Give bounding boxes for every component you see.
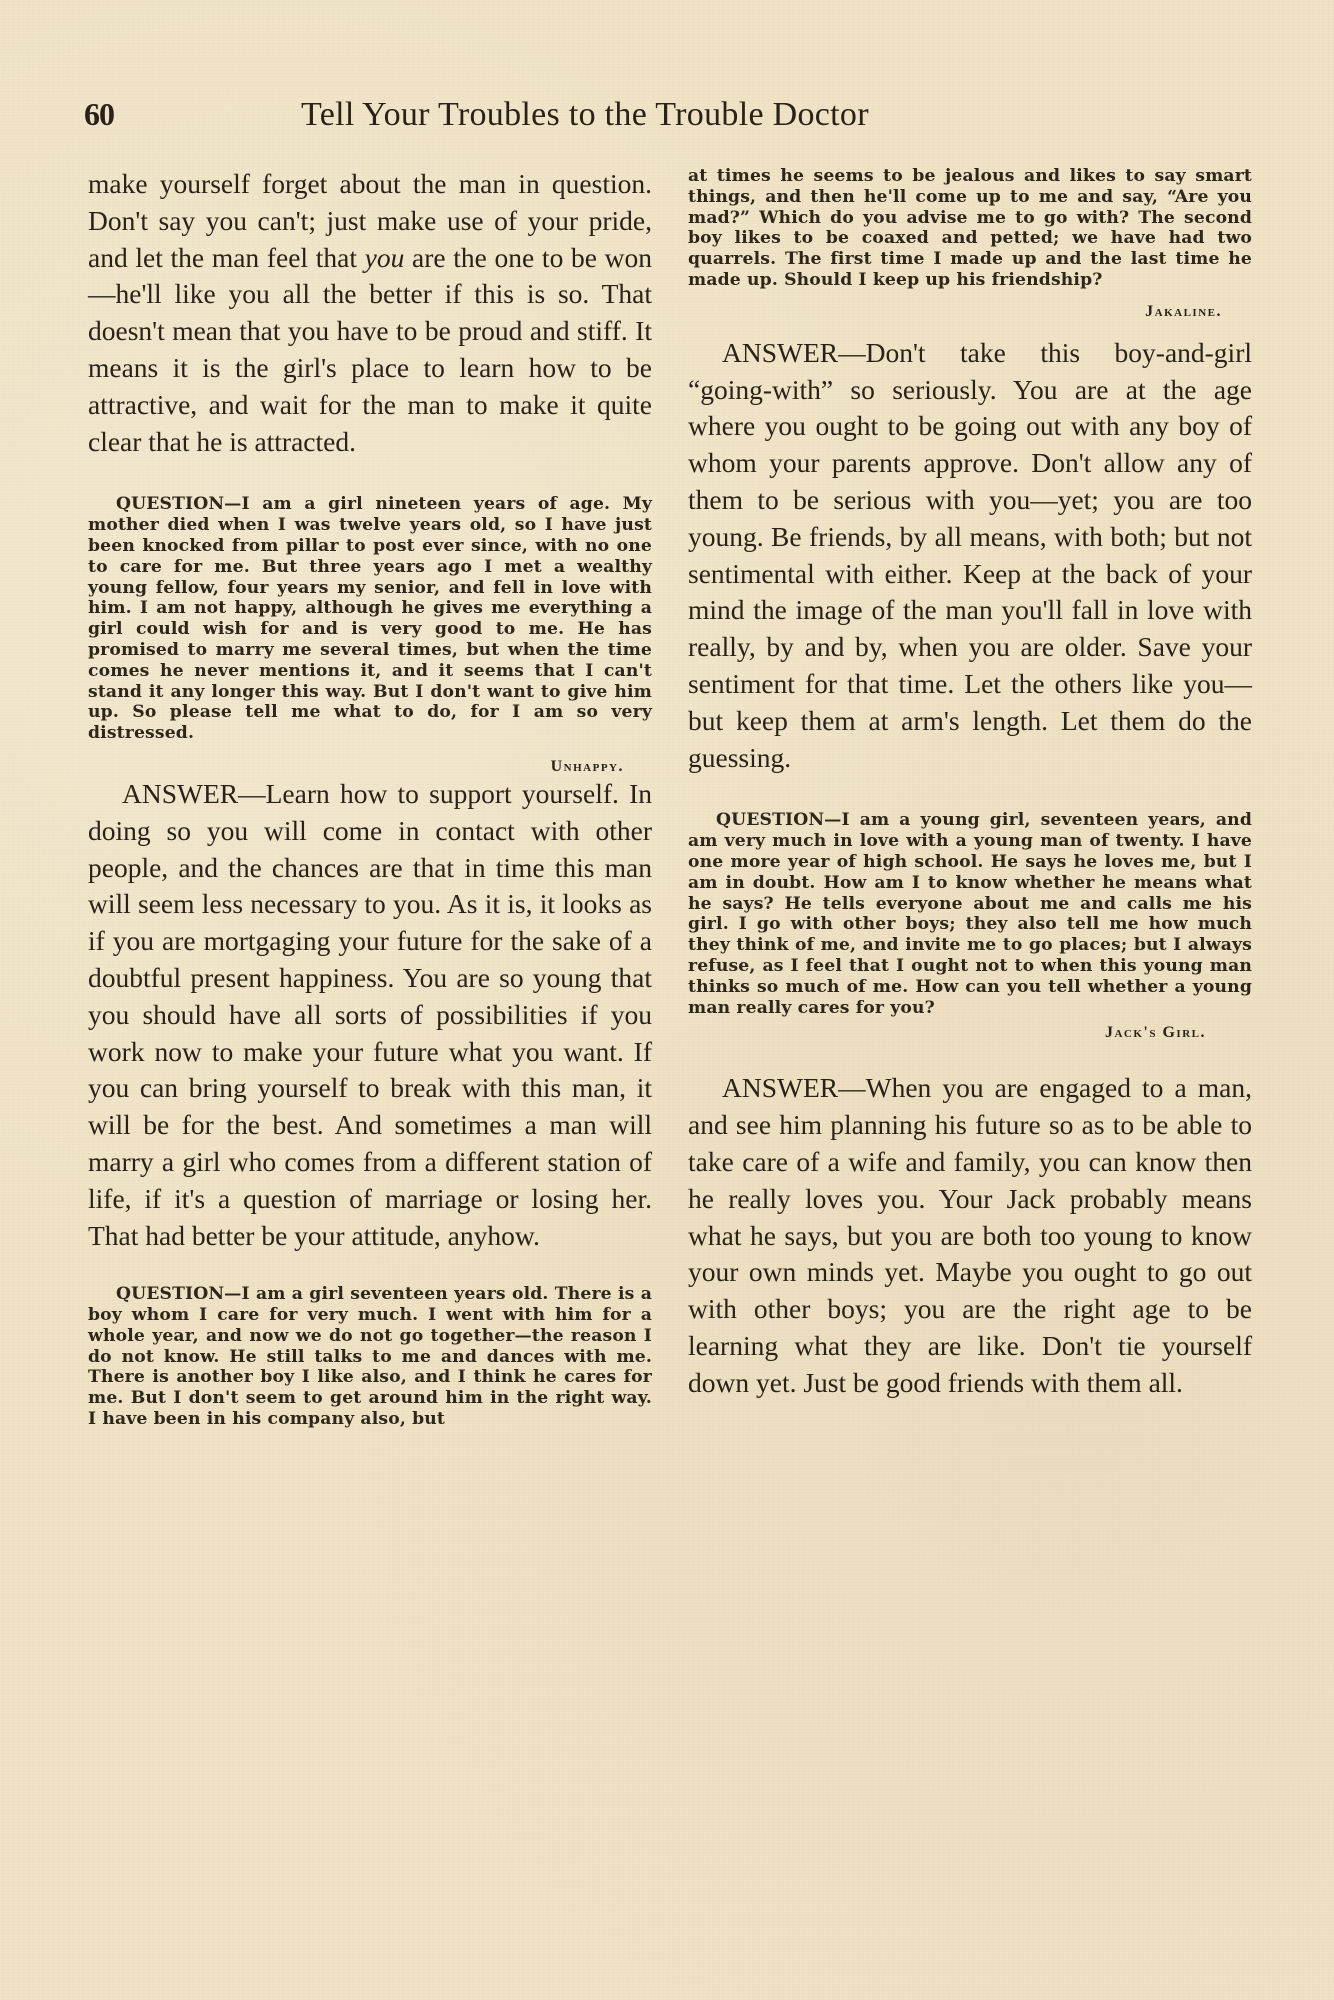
answer-block: ANSWER—Don't take this boy-and-girl “goi…: [688, 335, 1252, 777]
page-number: 60: [84, 96, 114, 133]
answer-block: ANSWER—Learn how to support yourself. In…: [88, 776, 652, 1254]
left-column: make yourself forget about the man in qu…: [88, 166, 652, 1430]
emphasized-word: you: [365, 242, 405, 273]
running-title: Tell Your Troubles to the Trouble Doctor: [301, 96, 869, 134]
question-signature: Jakaline.: [688, 303, 1222, 321]
answer-text: are the one to be won—he'll like you all…: [88, 242, 652, 457]
question-block: QUESTION—I am a young girl, seventeen ye…: [688, 810, 1252, 1018]
right-column: at times he seems to be jealous and like…: [688, 166, 1252, 1401]
page-header: 60 Tell Your Troubles to the Trouble Doc…: [84, 96, 1254, 140]
continued-answer: make yourself forget about the man in qu…: [88, 166, 652, 460]
question-block: QUESTION—I am a girl nineteen years of a…: [88, 494, 652, 744]
answer-block: ANSWER—When you are engaged to a man, an…: [688, 1070, 1252, 1401]
question-signature: Jack's Girl.: [688, 1024, 1206, 1042]
question-block: QUESTION—I am a girl seventeen years old…: [88, 1284, 652, 1430]
question-block-continued: at times he seems to be jealous and like…: [688, 166, 1252, 291]
question-signature: Unhappy.: [88, 758, 624, 776]
